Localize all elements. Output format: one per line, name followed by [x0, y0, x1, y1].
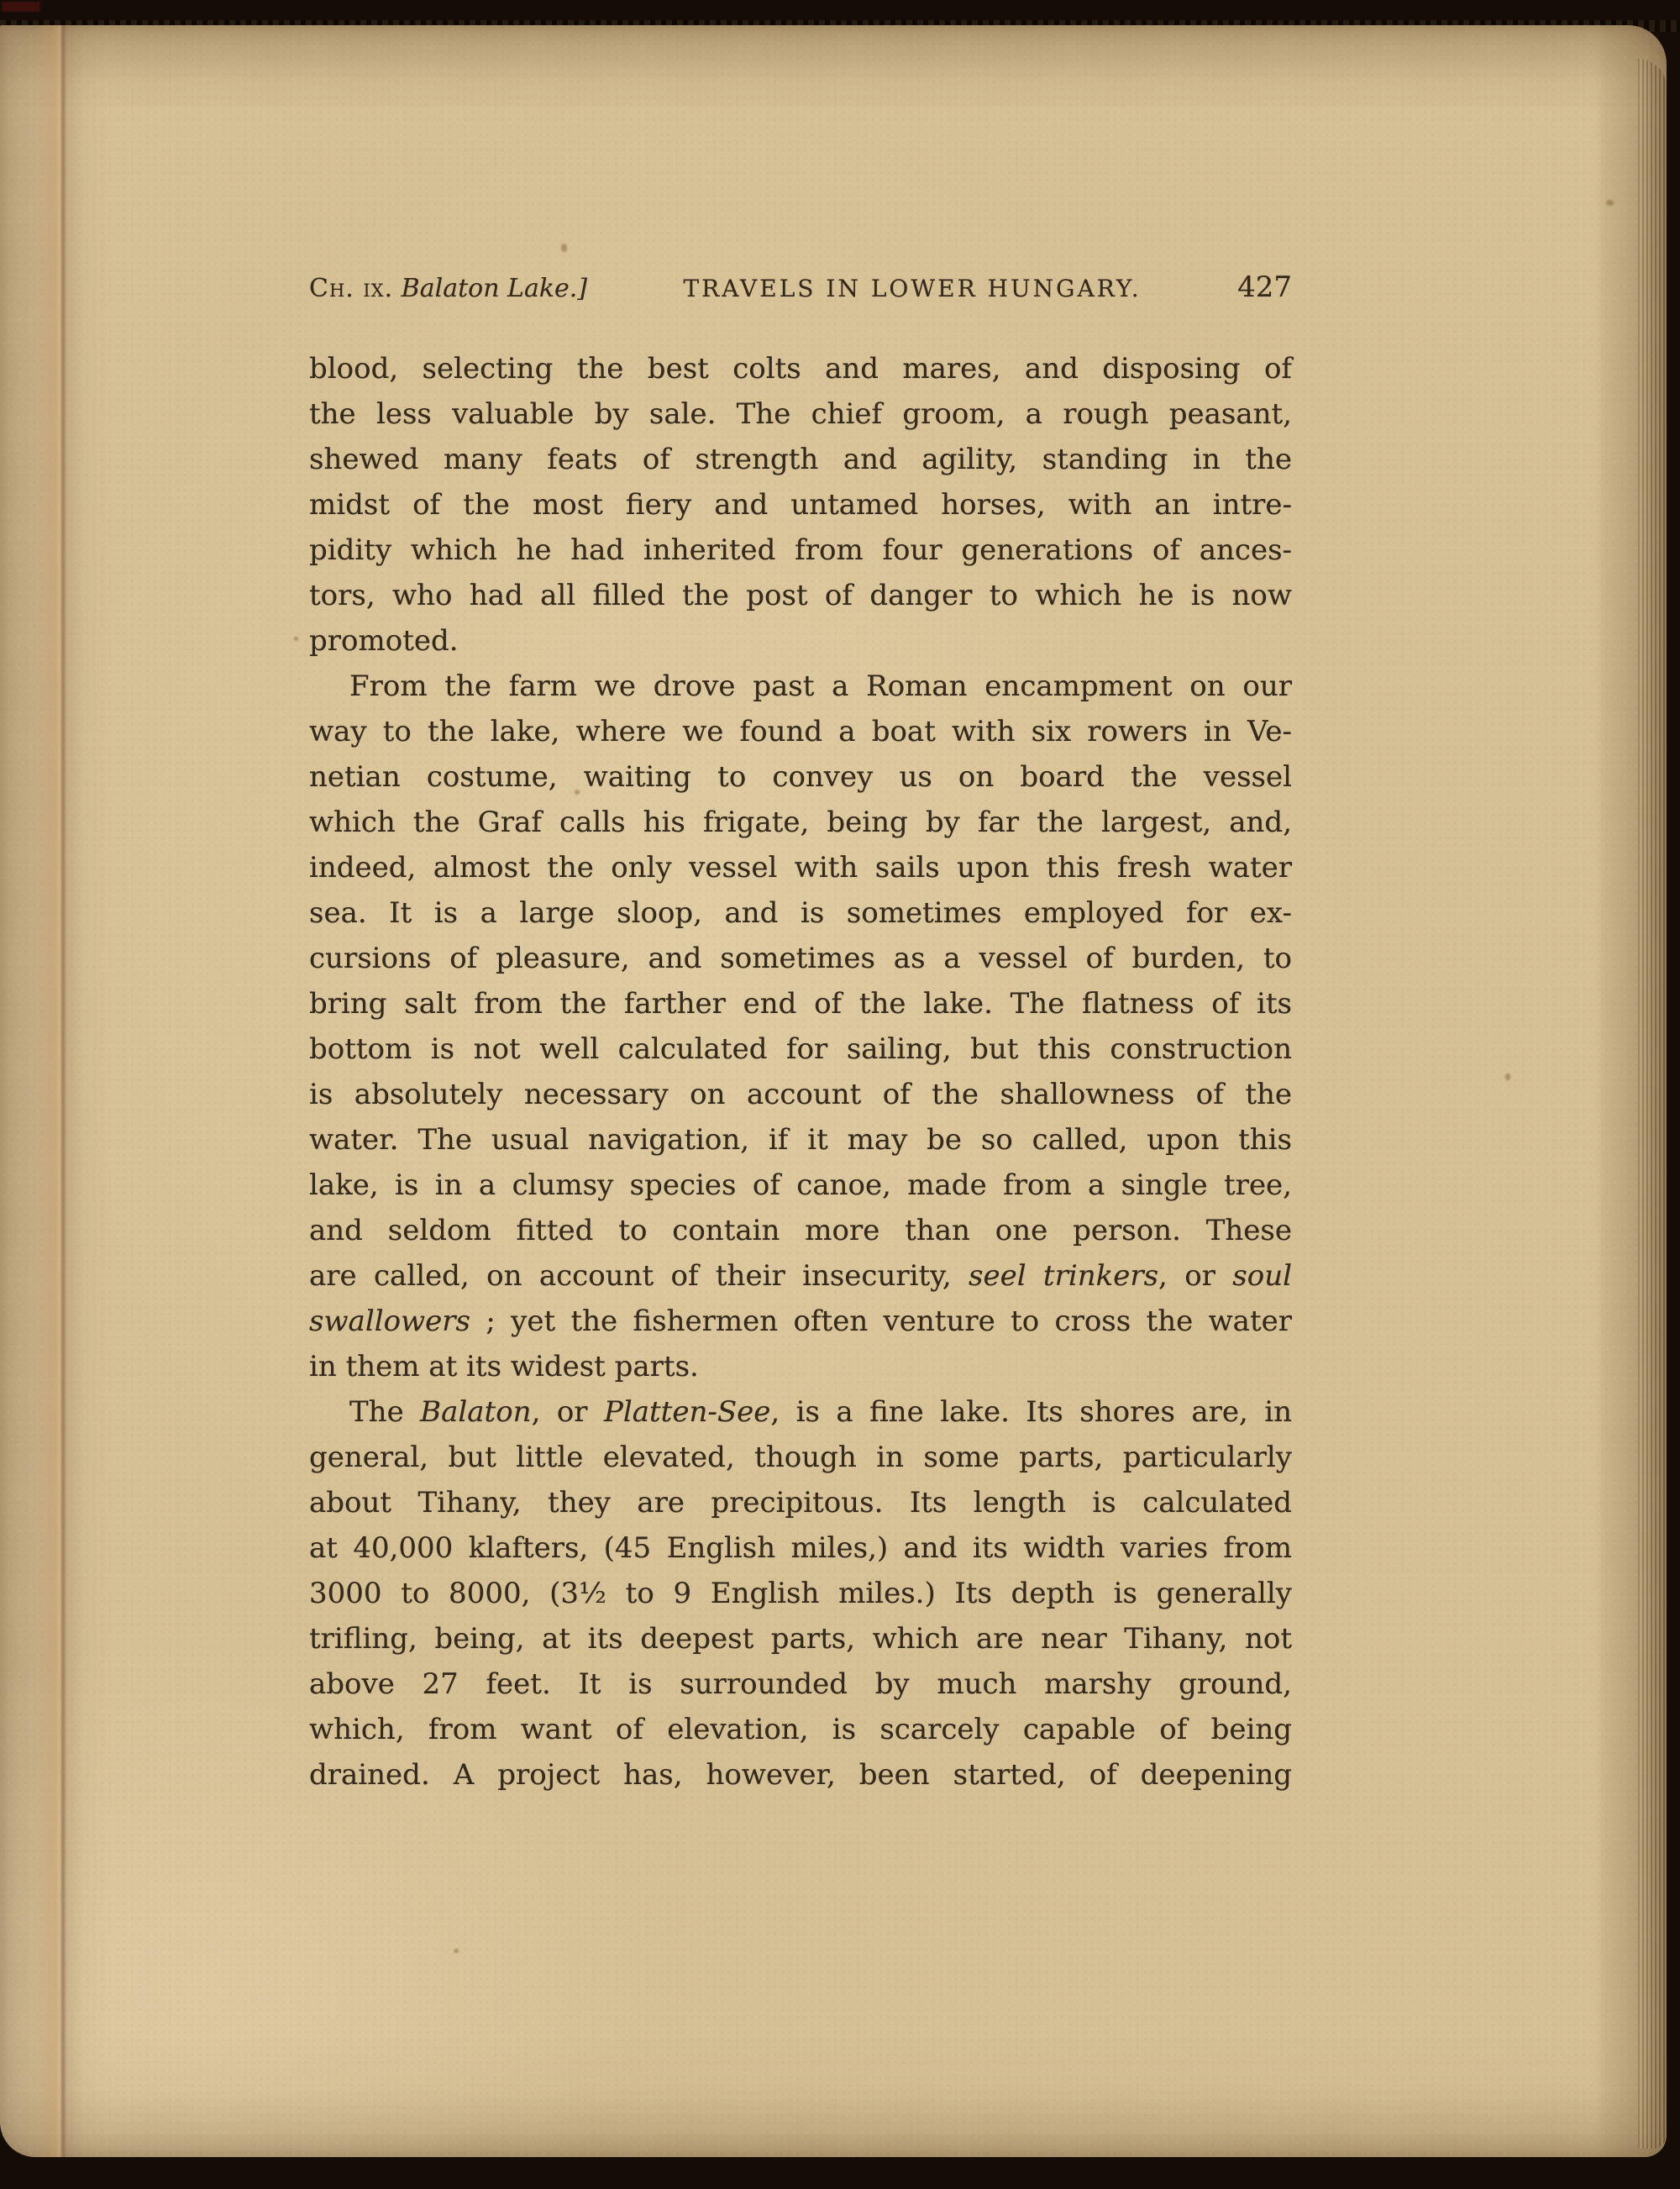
text-segment: above 27 feet. It is surrounded by much …	[309, 1667, 1292, 1701]
text-line: above 27 feet. It is surrounded by much …	[309, 1661, 1292, 1707]
italic-text: seel trinkers	[969, 1259, 1158, 1293]
text-line: midst of the most fiery and untamed hors…	[309, 482, 1292, 528]
text-segment: the less valuable by sale. The chief gro…	[309, 397, 1292, 431]
text-segment: , or	[1158, 1259, 1232, 1293]
italic-text: Balaton	[420, 1395, 531, 1429]
text-line: From the farm we drove past a Roman enca…	[309, 664, 1292, 709]
text-segment: pidity which he had inherited from four …	[309, 533, 1292, 567]
text-segment: promoted.	[309, 624, 459, 658]
scan-artifact	[2, 2, 40, 12]
text-line: which the Graf calls his frigate, being …	[309, 800, 1292, 845]
text-line: tors, who had all filled the post of dan…	[309, 573, 1292, 618]
italic-text: swallowers	[309, 1304, 470, 1338]
text-segment: midst of the most fiery and untamed hors…	[309, 488, 1292, 522]
text-segment: which the Graf calls his frigate, being …	[309, 806, 1292, 839]
text-segment: general, but little elevated, though in …	[309, 1441, 1292, 1474]
text-line: pidity which he had inherited from four …	[309, 528, 1292, 573]
text-line: which, from want of elevation, is scarce…	[309, 1707, 1292, 1752]
text-segment: bring salt from the farther end of the l…	[309, 987, 1292, 1021]
text-segment: indeed, almost the only vessel with sail…	[309, 851, 1292, 885]
chapter-heading: Ch. ix. Balaton Lake.]	[309, 274, 587, 303]
text-line: shewed many feats of strength and agilit…	[309, 437, 1292, 482]
text-segment: tors, who had all filled the post of dan…	[309, 579, 1292, 612]
foxing-speck	[1505, 1074, 1510, 1080]
text-line: in them at its widest parts.	[309, 1344, 1292, 1389]
text-line: promoted.	[309, 618, 1292, 664]
text-segment: lake, is in a clumsy species of canoe, m…	[309, 1168, 1292, 1202]
running-title: TRAVELS IN LOWER HUNGARY.	[587, 275, 1237, 302]
text-segment: 3000 to 8000, (3½ to 9 English miles.) I…	[309, 1577, 1292, 1610]
text-segment: , is a fine lake. Its shores are, in	[770, 1395, 1292, 1429]
text-line: at 40,000 klafters, (45 English miles,) …	[309, 1525, 1292, 1571]
foxing-speck	[294, 637, 298, 641]
text-segment: at 40,000 klafters, (45 English miles,) …	[309, 1531, 1292, 1565]
text-line: 3000 to 8000, (3½ to 9 English miles.) I…	[309, 1571, 1292, 1616]
italic-text: soul	[1232, 1259, 1292, 1293]
text-line: blood, selecting the best colts and mare…	[309, 346, 1292, 391]
chapter-title: Balaton Lake.]	[402, 274, 587, 303]
text-segment: drained. A project has, however, been st…	[309, 1758, 1292, 1792]
text-column: blood, selecting the best colts and mare…	[309, 346, 1292, 1798]
text-line: water. The usual navigation, if it may b…	[309, 1117, 1292, 1163]
text-line: about Tihany, they are precipitous. Its …	[309, 1480, 1292, 1525]
text-line: indeed, almost the only vessel with sail…	[309, 845, 1292, 890]
text-line: bottom is not well calculated for sailin…	[309, 1026, 1292, 1072]
text-line: are called, on account of their insecuri…	[309, 1253, 1292, 1299]
text-segment: way to the lake, where we found a boat w…	[309, 715, 1292, 748]
text-segment: which, from want of elevation, is scarce…	[309, 1713, 1292, 1746]
page-header: Ch. ix. Balaton Lake.] TRAVELS IN LOWER …	[309, 270, 1292, 304]
text-segment: , or	[532, 1395, 604, 1429]
text-segment: are called, on account of their insecuri…	[309, 1259, 969, 1293]
text-line: The Balaton, or Platten-See, is a fine l…	[309, 1389, 1292, 1435]
text-segment: in them at its widest parts.	[309, 1350, 699, 1383]
text-line: netian costume, waiting to convey us on …	[309, 754, 1292, 800]
text-line: drained. A project has, however, been st…	[309, 1752, 1292, 1798]
text-segment: ; yet the fishermen often venture to cro…	[470, 1304, 1292, 1338]
text-segment: netian costume, waiting to convey us on …	[309, 760, 1292, 794]
text-segment: From the farm we drove past a Roman enca…	[349, 669, 1292, 703]
text-line: general, but little elevated, though in …	[309, 1435, 1292, 1480]
text-segment: bottom is not well calculated for sailin…	[309, 1032, 1292, 1066]
text-segment: sea. It is a large sloop, and is sometim…	[309, 896, 1292, 930]
paragraph: blood, selecting the best colts and mare…	[309, 346, 1292, 664]
paragraph: The Balaton, or Platten-See, is a fine l…	[309, 1389, 1292, 1798]
paragraph: From the farm we drove past a Roman enca…	[309, 664, 1292, 1389]
text-segment: blood, selecting the best colts and mare…	[309, 352, 1292, 386]
text-line: way to the lake, where we found a boat w…	[309, 709, 1292, 754]
text-segment: about Tihany, they are precipitous. Its …	[309, 1486, 1292, 1520]
text-line: is absolutely necessary on account of th…	[309, 1072, 1292, 1117]
text-line: cursions of pleasure, and sometimes as a…	[309, 936, 1292, 981]
text-segment: cursions of pleasure, and sometimes as a…	[309, 942, 1292, 975]
foxing-speck	[454, 1949, 459, 1953]
text-segment: water. The usual navigation, if it may b…	[309, 1123, 1292, 1157]
text-line: trifling, being, at its deepest parts, w…	[309, 1616, 1292, 1661]
text-line: lake, is in a clumsy species of canoe, m…	[309, 1163, 1292, 1208]
text-segment: is absolutely necessary on account of th…	[309, 1078, 1292, 1111]
text-line: the less valuable by sale. The chief gro…	[309, 391, 1292, 437]
foxing-speck	[561, 244, 567, 252]
chapter-label: Ch. ix.	[309, 274, 393, 303]
text-line: swallowers ; yet the fishermen often ven…	[309, 1299, 1292, 1344]
page-number: 427	[1237, 270, 1292, 304]
book-scan: Ch. ix. Balaton Lake.] TRAVELS IN LOWER …	[0, 0, 1680, 2189]
text-line: bring salt from the farther end of the l…	[309, 981, 1292, 1026]
text-segment: shewed many feats of strength and agilit…	[309, 443, 1292, 476]
foxing-speck	[1606, 200, 1614, 206]
text-line: and seldom fitted to contain more than o…	[309, 1208, 1292, 1253]
text-segment: trifling, being, at its deepest parts, w…	[309, 1622, 1292, 1656]
italic-text: Platten-See	[604, 1395, 770, 1429]
text-line: sea. It is a large sloop, and is sometim…	[309, 890, 1292, 936]
text-segment: The	[349, 1395, 420, 1429]
binding-crease	[34, 25, 84, 2157]
page-stack-edge	[1638, 59, 1667, 2149]
text-segment: and seldom fitted to contain more than o…	[309, 1214, 1292, 1247]
